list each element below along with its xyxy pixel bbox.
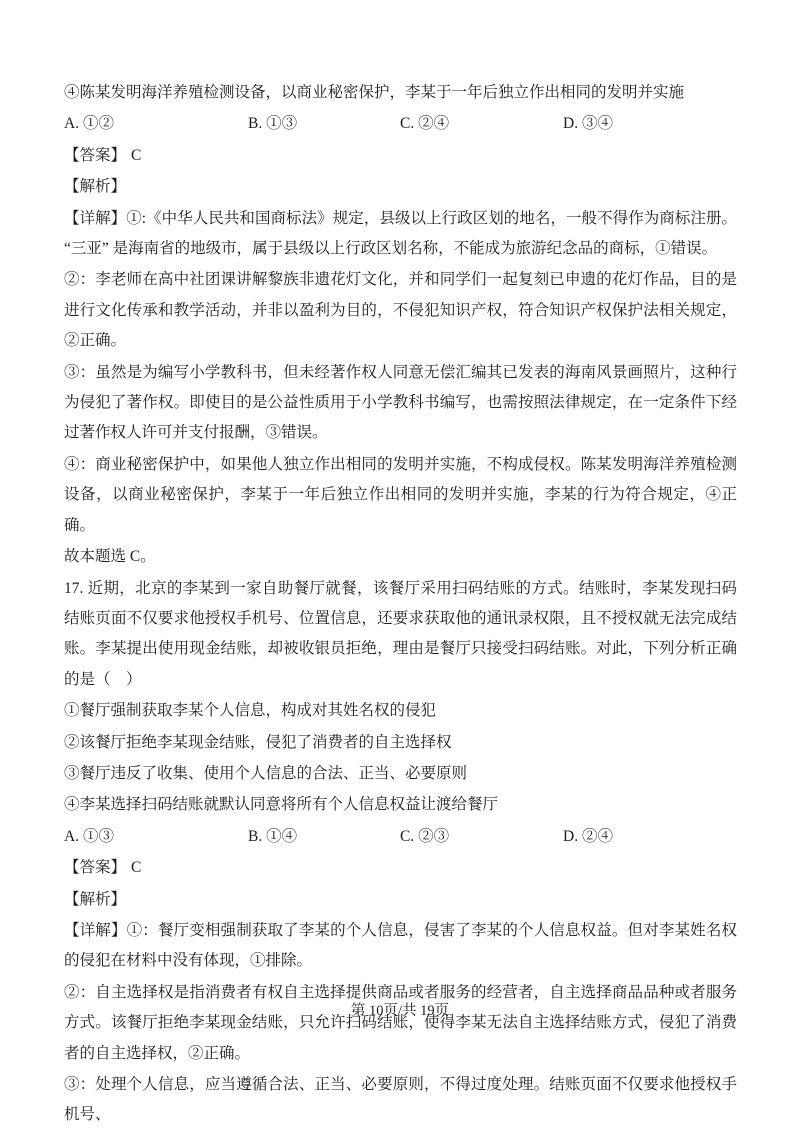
q17-option-c: C. ②③ [400,822,563,852]
q17-option-b: B. ①④ [248,822,400,852]
q17-option-a: A. ①③ [64,822,248,852]
exam-answer-page: ④陈某发明海洋养殖检测设备，以商业秘密保护，李某于一年后独立作出相同的发明并实施… [0,0,800,1132]
q16-option-d: D. ③④ [563,109,737,139]
q16-option-c: C. ②④ [400,109,563,139]
q16-options-row: A. ①② B. ①③ C. ②④ D. ③④ [64,109,737,139]
q17-detail-3: ③：处理个人信息，应当遵循合法、正当、必要原则，不得过度处理。结账页面不仅要求他… [64,1070,737,1131]
q17-item-4: ④李某选择扫码结账就默认同意将所有个人信息权益让渡给餐厅 [64,790,737,820]
q16-answer-value: C [131,147,141,164]
q16-conclusion: 故本题选 C。 [64,542,737,572]
q17-detail-2: ②：自主选择权是指消费者有权自主选择提供商品或者服务的经营者，自主选择商品品种或… [64,978,737,1069]
q17-item-3: ③餐厅违反了收集、使用个人信息的合法、正当、必要原则 [64,759,737,789]
q17-stem: 17. 近期，北京的李某到一家自助餐厅就餐，该餐厅采用扫码结账的方式。结账时，李… [64,574,737,696]
q17-item-1: ①餐厅强制获取李某个人信息，构成对其姓名权的侵犯 [64,696,737,726]
q16-analysis-label: 【解析】 [64,172,737,202]
q17-options-row: A. ①③ B. ①④ C. ②③ D. ②④ [64,822,737,852]
q16-detail-2: ②：李老师在高中社团课讲解黎族非遗花灯文化，并和同学们一起复刻已申遗的花灯作品，… [64,265,737,356]
q17-answer-line: 【答案】C [64,853,737,883]
q17-analysis-label: 【解析】 [64,885,737,915]
q16-detail-1: 【详解】①:《中华人民共和国商标法》规定，县级以上行政区划的地名，一般不得作为商… [64,204,737,265]
q16-option-b: B. ①③ [248,109,400,139]
page-footer: 第 10页/共 19页 [0,1000,800,1022]
page-content: ④陈某发明海洋养殖检测设备，以商业秘密保护，李某于一年后独立作出相同的发明并实施… [64,78,737,1131]
q16-answer-label: 【答案】 [64,147,126,164]
q16-answer-line: 【答案】C [64,141,737,171]
q16-detail-3: ③：虽然是为编写小学教科书，但未经著作权人同意无偿汇编其已发表的海南风景画照片，… [64,358,737,449]
q16-item-4: ④陈某发明海洋养殖检测设备，以商业秘密保护，李某于一年后独立作出相同的发明并实施 [64,78,737,108]
q16-detail-4: ④：商业秘密保护中，如果他人独立作出相同的发明并实施，不构成侵权。陈某发明海洋养… [64,450,737,541]
q17-option-d: D. ②④ [563,822,737,852]
q17-answer-value: C [131,859,141,876]
q17-answer-label: 【答案】 [64,859,126,876]
q17-detail-1: 【详解】①：餐厅变相强制获取了李某的个人信息，侵害了李某的个人信息权益。但对李某… [64,916,737,977]
q17-item-2: ②该餐厅拒绝李某现金结账，侵犯了消费者的自主选择权 [64,728,737,758]
q16-option-a: A. ①② [64,109,248,139]
